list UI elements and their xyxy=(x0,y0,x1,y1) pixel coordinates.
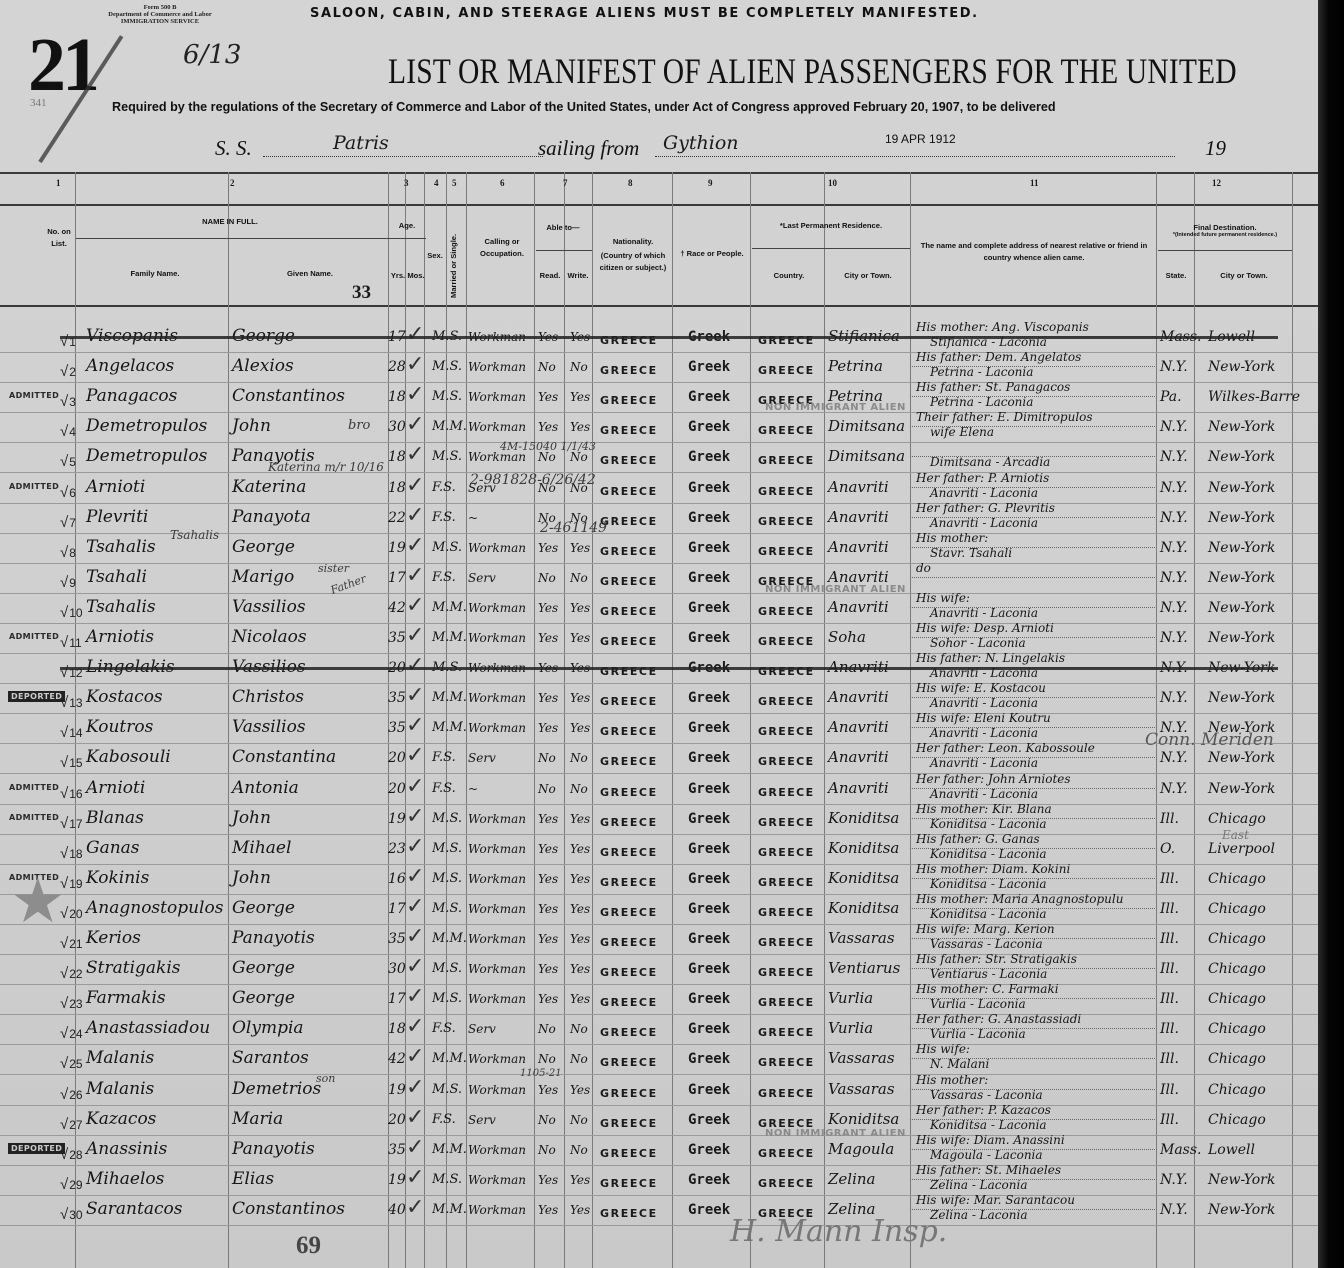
header-write: Write. xyxy=(564,270,592,282)
relative-address: Anavriti - Laconia xyxy=(930,756,1038,770)
given-name: George xyxy=(232,326,295,346)
residence-town: Dimitsana xyxy=(828,417,905,435)
admitted-stamp: ADMITTED xyxy=(8,481,60,492)
header-nationality: Nationality. xyxy=(596,236,670,248)
can-write: Yes xyxy=(570,721,590,735)
list-number: √28 xyxy=(60,1146,83,1163)
occupation: Workman xyxy=(468,661,526,675)
relative-name: Her father: G. Plevritis xyxy=(916,501,1055,515)
deported-stamp: DEPORTED xyxy=(8,1143,65,1154)
list-number-value: 1 xyxy=(69,335,76,349)
marital-status: F.S. xyxy=(432,510,456,525)
check-mark-icon: √ xyxy=(60,1206,68,1223)
table-row: √24✓AnastassiadouOlympia18F.S.ServNoNoGR… xyxy=(0,1014,1318,1045)
header-name-in-full: NAME IN FULL. xyxy=(150,216,310,228)
header-race: † Race or People. xyxy=(676,248,748,260)
occupation: Workman xyxy=(468,691,526,705)
dest-state: N.Y. xyxy=(1160,660,1188,676)
can-write: No xyxy=(570,1052,588,1066)
inspection-tick-icon: ✓ xyxy=(406,923,424,949)
marital-status: M.S. xyxy=(432,389,462,404)
family-name: Anassinis xyxy=(86,1139,167,1159)
list-number: √23 xyxy=(60,995,83,1012)
can-write: No xyxy=(570,782,588,796)
column-number: 3 xyxy=(404,178,409,188)
check-mark-icon: √ xyxy=(60,1176,68,1193)
inspection-tick-icon: ✓ xyxy=(406,833,424,859)
can-read: No xyxy=(538,571,556,585)
race: Greek xyxy=(688,811,730,827)
nationality: GREECE xyxy=(600,1147,658,1160)
age: 18 xyxy=(388,480,406,496)
relative-name: Her father: Leon. Kabossoule xyxy=(916,741,1095,755)
table-row: √4✓DemetropulosJohn30M.M.WorkmanYesYesGR… xyxy=(0,412,1318,443)
list-number-value: 9 xyxy=(69,576,76,590)
list-number: √16 xyxy=(60,785,83,802)
family-name: Angelacos xyxy=(86,356,174,376)
residence-town: Zelina xyxy=(828,1170,876,1188)
list-number: √17 xyxy=(60,815,83,832)
occupation: Workman xyxy=(468,812,526,826)
relative-name: His father: N. Lingelakis xyxy=(916,651,1065,665)
can-read: Yes xyxy=(538,631,558,645)
residence-town: Petrina xyxy=(828,357,883,375)
given-name: Vassilios xyxy=(232,597,306,617)
residence-town: Stifianica xyxy=(828,327,900,345)
form-identifier: Form 500 B Department of Commerce and La… xyxy=(100,4,220,25)
relative-address: Stavr. Tsahali xyxy=(930,546,1012,560)
marital-status: M.M. xyxy=(432,419,467,434)
inspection-tick-icon: ✓ xyxy=(406,1104,424,1130)
check-mark-icon: √ xyxy=(60,604,68,621)
dest-city: Chicago xyxy=(1208,991,1266,1007)
residence-town: Anavriti xyxy=(828,538,889,556)
family-name: Farmakis xyxy=(86,988,166,1008)
dest-city: Chicago xyxy=(1208,901,1266,917)
residence-country: GREECE xyxy=(758,665,815,678)
dest-state: Ill. xyxy=(1160,1051,1179,1067)
relative-name: His mother: xyxy=(916,1073,988,1087)
can-write: Yes xyxy=(570,812,590,826)
table-row: √29✓MihaelosElias19M.S.WorkmanYesYesGREE… xyxy=(0,1165,1318,1196)
occupation: Workman xyxy=(468,1143,526,1157)
residence-town: Vurlia xyxy=(828,989,873,1007)
ship-name: Patris xyxy=(333,132,389,154)
table-row: √30✓SarantacosConstantinos40M.M.WorkmanY… xyxy=(0,1195,1318,1226)
check-mark-icon: √ xyxy=(60,514,68,531)
nationality: GREECE xyxy=(600,755,658,768)
relative-address: Anavriti - Laconia xyxy=(930,666,1038,680)
ship-label: S. S. xyxy=(215,136,252,161)
relative-name: His wife: xyxy=(916,591,970,605)
marital-status: M.M. xyxy=(432,1051,467,1066)
dest-state: Pa. xyxy=(1160,389,1182,405)
dest-city: New-York xyxy=(1208,660,1275,676)
marital-status: M.S. xyxy=(432,359,462,374)
non-immigrant-stamp: NON IMMIGRANT ALIEN xyxy=(765,402,906,413)
dest-state: N.Y. xyxy=(1160,359,1188,375)
nationality: GREECE xyxy=(600,605,658,618)
check-mark-icon: √ xyxy=(60,1116,68,1133)
dest-state: Ill. xyxy=(1160,991,1179,1007)
list-number: √10 xyxy=(60,604,83,621)
occupation: Workman xyxy=(468,1173,526,1187)
relative-name: His mother: xyxy=(916,531,988,545)
marital-status: M.S. xyxy=(432,901,462,916)
relative-address: Anavriti - Laconia xyxy=(930,516,1038,530)
list-number-value: 3 xyxy=(69,395,76,409)
race: Greek xyxy=(688,781,730,797)
can-write: Yes xyxy=(570,962,590,976)
family-name: Kokinis xyxy=(86,868,149,888)
table-row: √1✓ViscopanisGeorge17M.S.WorkmanYesYesGR… xyxy=(0,322,1318,353)
family-name: Stratigakis xyxy=(86,958,181,978)
residence-country: GREECE xyxy=(758,906,815,919)
residence-town: Anavriti xyxy=(828,718,889,736)
relative-address: N. Malani xyxy=(930,1057,989,1071)
header-calling: Calling or Occupation. xyxy=(474,236,530,260)
can-write: Yes xyxy=(570,601,590,615)
occupation: Workman xyxy=(468,721,526,735)
nationality: GREECE xyxy=(600,635,658,648)
given-name: Vassilios xyxy=(232,717,306,737)
nationality: GREECE xyxy=(600,996,658,1009)
dest-state: N.Y. xyxy=(1160,540,1188,556)
list-number-value: 13 xyxy=(69,696,82,710)
can-read: Yes xyxy=(538,691,558,705)
race: Greek xyxy=(688,389,730,405)
column-number: 1 xyxy=(56,178,61,188)
check-mark-icon: √ xyxy=(60,393,68,410)
age: 35 xyxy=(388,931,406,947)
can-read: Yes xyxy=(538,541,558,555)
dest-city: New-York xyxy=(1208,540,1275,556)
star-mark-icon: ★ xyxy=(10,872,66,932)
nationality: GREECE xyxy=(600,966,658,979)
table-row: DEPORTED√28✓AnassinisPanayotis35M.M.Work… xyxy=(0,1135,1318,1166)
relative-address: Ventiarus - Laconia xyxy=(930,967,1047,981)
table-row: ADMITTED√16✓ArniotiAntonia20F.S.~NoNoGRE… xyxy=(0,774,1318,805)
list-number: √25 xyxy=(60,1055,83,1072)
residence-town: Koniditsa xyxy=(828,899,899,917)
age: 17 xyxy=(388,329,406,345)
residence-country: GREECE xyxy=(758,846,815,859)
can-read: No xyxy=(538,1143,556,1157)
list-number-value: 7 xyxy=(69,516,76,530)
list-number: √4 xyxy=(60,423,76,440)
table-row: √10✓TsahalisVassilios42M.M.WorkmanYesYes… xyxy=(0,593,1318,624)
relative-address: Koniditsa - Laconia xyxy=(930,907,1047,921)
residence-country: GREECE xyxy=(758,454,815,467)
family-name: Demetropulos xyxy=(86,446,207,466)
list-number: √29 xyxy=(60,1176,83,1193)
relative-name: His wife: Diam. Anassini xyxy=(916,1133,1065,1147)
family-name: Sarantacos xyxy=(86,1199,182,1219)
given-name: Demetrios xyxy=(232,1079,321,1099)
dest-state: Mass. xyxy=(1160,329,1202,345)
residence-town: Koniditsa xyxy=(828,839,899,857)
annotation-note: sister xyxy=(318,562,349,575)
residence-country: GREECE xyxy=(758,334,815,347)
nationality: GREECE xyxy=(600,424,658,437)
column-number: 4 xyxy=(434,178,439,188)
can-read: No xyxy=(538,751,556,765)
header-separator xyxy=(752,248,910,249)
list-number: √12 xyxy=(60,664,83,681)
can-write: Yes xyxy=(570,330,590,344)
check-mark-icon: √ xyxy=(60,815,68,832)
can-read: Yes xyxy=(538,661,558,675)
nationality: GREECE xyxy=(600,876,658,889)
port-underline xyxy=(655,156,1175,157)
residence-town: Ventiarus xyxy=(828,959,900,977)
annotation-alt-name: Tsahalis xyxy=(170,528,219,542)
family-name: Arniotis xyxy=(86,627,154,647)
family-name: Koutros xyxy=(86,717,153,737)
relative-name: Her father: P. Arniotis xyxy=(916,471,1049,485)
table-row: √25✓MalanisSarantos42M.M.WorkmanNoNoGREE… xyxy=(0,1044,1318,1075)
dest-city: Lowell xyxy=(1208,1142,1255,1158)
race: Greek xyxy=(688,660,730,676)
residence-country: GREECE xyxy=(758,936,815,949)
residence-town: Soha xyxy=(828,628,866,646)
can-read: Yes xyxy=(538,872,558,886)
list-number-value: 6 xyxy=(69,486,76,500)
age: 35 xyxy=(388,690,406,706)
occupation: Workman xyxy=(468,962,526,976)
dest-city: New-York xyxy=(1208,750,1275,766)
residence-country: GREECE xyxy=(758,605,815,618)
deported-stamp: DEPORTED xyxy=(8,691,65,702)
can-read: Yes xyxy=(538,1203,558,1217)
family-name: Blanas xyxy=(86,808,144,828)
manifest-warning: SALOON, CABIN, AND STEERAGE ALIENS MUST … xyxy=(310,6,979,21)
family-name: Ganas xyxy=(86,838,140,858)
dest-city: Chicago xyxy=(1208,961,1266,977)
header-no-on-list: No. on List. xyxy=(44,226,74,250)
residence-town: Anavriti xyxy=(828,598,889,616)
can-write: Yes xyxy=(570,390,590,404)
check-mark-icon: √ xyxy=(60,664,68,681)
dest-city: New-York xyxy=(1208,630,1275,646)
can-write: Yes xyxy=(570,691,590,705)
relative-address: Koniditsa - Laconia xyxy=(930,847,1047,861)
relative-name: His wife: E. Kostacou xyxy=(916,681,1046,695)
can-write: No xyxy=(570,360,588,374)
list-number-value: 14 xyxy=(69,726,82,740)
marital-status: M.S. xyxy=(432,660,462,675)
table-row: ADMITTED√19✓KokinisJohn16M.S.WorkmanYesY… xyxy=(0,864,1318,895)
relative-address: Anavriti - Laconia xyxy=(930,486,1038,500)
port-name: Gythion xyxy=(663,132,739,154)
admitted-stamp: ADMITTED xyxy=(8,631,60,642)
list-number: √30 xyxy=(60,1206,83,1223)
footer-number: 69 xyxy=(296,1232,321,1260)
relative-name: do xyxy=(916,561,931,575)
department-name: Department of Commerce and Labor xyxy=(100,11,220,18)
occupation: Serv xyxy=(468,571,496,585)
family-name: Malanis xyxy=(86,1079,154,1099)
race: Greek xyxy=(688,480,730,496)
age: 20 xyxy=(388,750,406,766)
occupation: Workman xyxy=(468,330,526,344)
list-number: √3 xyxy=(60,393,76,410)
non-immigrant-stamp: NON IMMIGRANT ALIEN xyxy=(765,1128,906,1139)
check-mark-icon: √ xyxy=(60,694,68,711)
can-write: Yes xyxy=(570,932,590,946)
relative-name: His wife: Desp. Arnioti xyxy=(916,621,1054,635)
relative-address: Anavriti - Laconia xyxy=(930,696,1038,710)
inspection-tick-icon: ✓ xyxy=(406,351,424,377)
occupation: Workman xyxy=(468,631,526,645)
admitted-stamp: ADMITTED xyxy=(8,812,60,823)
relative-name: His father: Str. Stratigakis xyxy=(916,952,1077,966)
check-mark-icon: √ xyxy=(60,935,68,952)
marital-status: M.S. xyxy=(432,991,462,1006)
given-name: Panayota xyxy=(232,507,311,527)
inspection-tick-icon: ✓ xyxy=(406,803,424,829)
list-number-value: 20 xyxy=(69,907,82,921)
nationality: GREECE xyxy=(600,454,658,467)
header-nationality-sub: (Country of which citizen or subject.) xyxy=(596,250,670,274)
race: Greek xyxy=(688,871,730,887)
marital-status: M.S. xyxy=(432,841,462,856)
manifest-sheet: Form 500 B Department of Commerce and La… xyxy=(0,0,1318,1268)
relative-address: Zelina - Laconia xyxy=(930,1178,1027,1192)
relative-name: Her father: John Arniotes xyxy=(916,772,1071,786)
table-row: √9✓TsahaliMarigo17F.S.ServNoNoGREECEGree… xyxy=(0,563,1318,594)
relative-name: His wife: Marg. Kerion xyxy=(916,922,1055,936)
table-row: √15✓KabosouliConstantina20F.S.ServNoNoGR… xyxy=(0,743,1318,774)
inspection-tick-icon: ✓ xyxy=(406,1074,424,1100)
list-number: √14 xyxy=(60,724,83,741)
can-read: No xyxy=(538,1113,556,1127)
list-number-value: 11 xyxy=(69,636,81,650)
table-row: √26✓MalanisDemetrios19M.S.WorkmanYesYesG… xyxy=(0,1075,1318,1106)
check-mark-icon: √ xyxy=(60,785,68,802)
list-number: √26 xyxy=(60,1086,83,1103)
given-name: Christos xyxy=(232,687,304,707)
annotation-number: 2-461149 xyxy=(540,520,607,536)
race: Greek xyxy=(688,1112,730,1128)
family-name: Kabosouli xyxy=(86,747,171,767)
can-write: Yes xyxy=(570,842,590,856)
marital-status: M.M. xyxy=(432,630,467,645)
list-number-value: 28 xyxy=(69,1148,82,1162)
inspection-tick-icon: ✓ xyxy=(406,441,424,467)
age: 19 xyxy=(388,1082,406,1098)
column-number: 6 xyxy=(500,178,505,188)
header-family-name: Family Name. xyxy=(110,268,200,280)
race: Greek xyxy=(688,419,730,435)
family-name: Arnioti xyxy=(86,778,145,798)
annotation-number: 4M-15040 1/1/43 xyxy=(500,440,596,453)
given-name: Antonia xyxy=(232,778,299,798)
list-number-value: 23 xyxy=(69,997,82,1011)
race: Greek xyxy=(688,991,730,1007)
residence-town: Koniditsa xyxy=(828,809,899,827)
can-write: Yes xyxy=(570,1173,590,1187)
occupation: ~ xyxy=(468,511,478,525)
relative-address: Vurlia - Laconia xyxy=(930,1027,1026,1041)
marital-status: M.S. xyxy=(432,1172,462,1187)
given-name: John xyxy=(232,868,271,888)
family-name: Lingelakis xyxy=(86,657,175,677)
residence-country: GREECE xyxy=(758,695,815,708)
relative-address: Petrina - Laconia xyxy=(930,365,1033,379)
dest-city: Chicago xyxy=(1208,931,1266,947)
annotation-dest-note: Conn. Meriden xyxy=(1145,730,1274,750)
header-last-residence: *Last Permanent Residence. xyxy=(752,220,910,232)
can-write: No xyxy=(570,1143,588,1157)
age: 17 xyxy=(388,991,406,1007)
can-read: No xyxy=(538,1022,556,1036)
check-mark-icon: √ xyxy=(60,1146,68,1163)
given-name: Constantinos xyxy=(232,1199,345,1219)
residence-country: GREECE xyxy=(758,996,815,1009)
dest-state: Ill. xyxy=(1160,1112,1179,1128)
column-number: 10 xyxy=(828,178,837,188)
list-number-value: 15 xyxy=(69,756,82,770)
residence-town: Vassaras xyxy=(828,929,895,947)
can-write: No xyxy=(570,751,588,765)
list-number: √21 xyxy=(60,935,83,952)
residence-country: GREECE xyxy=(758,635,815,648)
dest-city: New-York xyxy=(1208,449,1275,465)
occupation: Workman xyxy=(468,1083,526,1097)
relative-name: Her father: P. Kazacos xyxy=(916,1103,1051,1117)
residence-town: Anavriti xyxy=(828,688,889,706)
can-write: No xyxy=(570,1022,588,1036)
list-number: √7 xyxy=(60,514,76,531)
list-number: √6 xyxy=(60,484,76,501)
dest-state: N.Y. xyxy=(1160,630,1188,646)
dest-state: N.Y. xyxy=(1160,480,1188,496)
age: 42 xyxy=(388,600,406,616)
relative-address: Vassaras - Laconia xyxy=(930,937,1043,951)
marital-status: M.M. xyxy=(432,690,467,705)
occupation: Workman xyxy=(468,932,526,946)
check-mark-icon: √ xyxy=(60,423,68,440)
table-row: ADMITTED√17✓BlanasJohn19M.S.WorkmanYesYe… xyxy=(0,804,1318,835)
relative-address: Dimitsana - Arcadia xyxy=(930,455,1050,469)
sailing-label: sailing from xyxy=(538,136,639,161)
list-number: √22 xyxy=(60,965,83,982)
relative-address: Petrina - Laconia xyxy=(930,395,1033,409)
family-name: Anagnostopulos xyxy=(86,898,223,918)
nationality: GREECE xyxy=(600,1087,658,1100)
list-number-value: 22 xyxy=(69,967,82,981)
inspection-tick-icon: ✓ xyxy=(406,532,424,558)
annotation-number: 1105-21 xyxy=(520,1068,562,1079)
list-number: √27 xyxy=(60,1116,83,1133)
table-row: ADMITTED√11✓ArniotisNicolaos35M.M.Workma… xyxy=(0,623,1318,654)
check-mark-icon: √ xyxy=(60,724,68,741)
dest-state: N.Y. xyxy=(1160,1172,1188,1188)
race: Greek xyxy=(688,449,730,465)
given-name: Nicolaos xyxy=(232,627,307,647)
can-write: Yes xyxy=(570,541,590,555)
dest-state: Ill. xyxy=(1160,1021,1179,1037)
dest-city: Wilkes-Barre xyxy=(1208,389,1300,405)
race: Greek xyxy=(688,1051,730,1067)
family-name: Tsahalis xyxy=(86,537,156,557)
age: 23 xyxy=(388,841,406,857)
year-suffix: 19 xyxy=(1205,136,1226,161)
list-number-value: 19 xyxy=(69,877,82,891)
residence-country: GREECE xyxy=(758,1177,815,1190)
nationality: GREECE xyxy=(600,1056,658,1069)
